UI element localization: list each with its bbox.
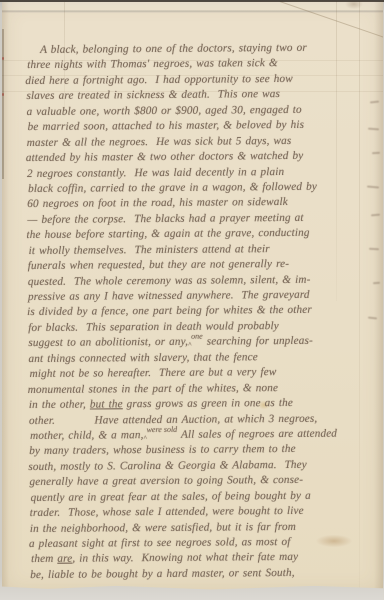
line-text: quested. The whole ceremony was as solem… xyxy=(28,273,311,287)
line-text: them xyxy=(31,553,57,565)
line-text: in the other, xyxy=(29,399,90,411)
caret-mark: ^ xyxy=(143,434,146,442)
line-text: mother, child, & a man, xyxy=(30,429,144,442)
scan-top-edge xyxy=(0,0,384,2)
line-text: but the xyxy=(90,398,123,410)
letter-line: be, liable to be bought by a hard master… xyxy=(30,565,376,583)
inserted-text: one xyxy=(191,332,203,341)
line-text: All sales of negroes are attended xyxy=(177,428,337,441)
line-text: south, mostly to S. Carolina & Georgia &… xyxy=(28,459,307,473)
line-text: the house before starting, & again at th… xyxy=(26,227,309,241)
line-text: be, liable to be bought by a hard master… xyxy=(30,567,295,581)
line-text: — before the corpse. The blacks had a pr… xyxy=(27,212,303,226)
line-text: , in this way. Knowing not what their fa… xyxy=(72,551,298,565)
line-text: are xyxy=(57,553,72,565)
line-text: is divided by a fence, one part being fo… xyxy=(27,304,312,318)
line-text: slaves are treated in sickness & death. … xyxy=(26,88,280,102)
letter-page: A black, belonging to one of the doctors… xyxy=(2,1,383,593)
line-text: monumental stones in the part of the whi… xyxy=(28,382,278,396)
line-text: quently are in great fear at the sales, … xyxy=(31,489,311,503)
line-text: by many traders, whose business is to ca… xyxy=(29,443,296,457)
edge-speck xyxy=(2,93,4,96)
line-text: generally have a great aversion to going… xyxy=(29,474,303,488)
line-text: a valuable one, worth $800 or $900, aged… xyxy=(26,104,301,118)
line-text: for blacks. This separation in death wou… xyxy=(28,320,279,334)
line-text: 60 negroes on foot in the road, his mast… xyxy=(27,196,288,210)
line-text: black coffin, carried to the grave in a … xyxy=(28,181,317,195)
line-text: be married soon, attached to his master,… xyxy=(28,119,305,133)
line-text: 2 negroes constantly. He was laid decent… xyxy=(27,165,284,179)
line-text: A black, belonging to one of the doctors… xyxy=(40,42,307,56)
line-text: it wholly themselves. The ministers atte… xyxy=(29,243,270,257)
line-text: died here a fortnight ago. I had opportu… xyxy=(25,73,293,87)
line-text: attended by his master & two other docto… xyxy=(26,150,303,164)
letter-body: A black, belonging to one of the doctors… xyxy=(26,40,376,583)
line-text: grass grows as green in one as the xyxy=(123,397,293,410)
caret-mark: ^ xyxy=(188,341,191,349)
line-text: pressive as any I have witnessed anywher… xyxy=(28,289,310,303)
letter-line: mother, child, & a man,^were sold All sa… xyxy=(30,426,375,444)
line-text: trader. Those, whose sale I attended, we… xyxy=(30,505,304,519)
line-text: might not be so hereafter. There are but… xyxy=(30,366,277,380)
line-text: master & all the negroes. He was sick bu… xyxy=(27,135,292,149)
ink-bleed-mark xyxy=(372,152,380,154)
edge-speck xyxy=(2,57,4,60)
paper-edge-shadow xyxy=(2,29,4,179)
line-text: suggest to an abolitionist, or any, xyxy=(28,336,188,349)
ink-bleed-mark xyxy=(373,282,380,284)
line-text: three nights with Thomas' negroes, was t… xyxy=(27,57,278,71)
inserted-text: were sold xyxy=(147,425,178,434)
line-text: searching for unpleas- xyxy=(203,335,313,348)
crease-line xyxy=(280,1,384,38)
line-text: in the neighborhood, & were satisfied, b… xyxy=(30,520,296,534)
line-text: funerals when requested, but they are no… xyxy=(28,258,289,272)
line-text: ant things connected with slavery, that … xyxy=(28,351,257,365)
line-text: a pleasant sight at first to see negroes… xyxy=(29,536,291,550)
